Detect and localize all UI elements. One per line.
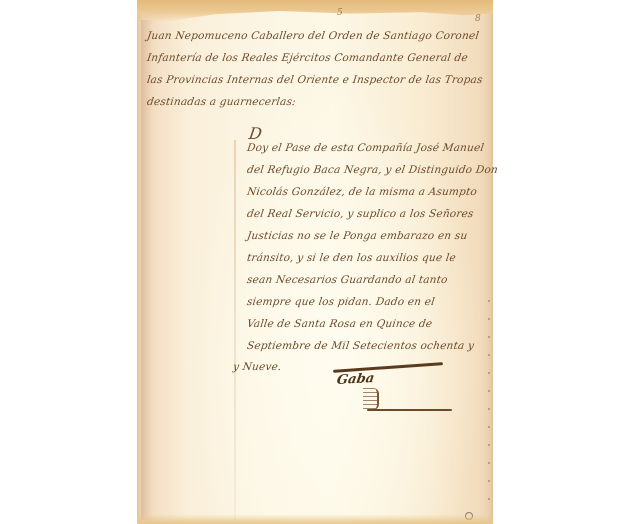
body-initial: D bbox=[248, 124, 263, 143]
header-line-2: Infantería de los Reales Ejércitos Coman… bbox=[146, 52, 468, 64]
body-line-5: Justicias no se le Ponga embarazo en su bbox=[246, 230, 468, 242]
body-line-8: siempre que los pidan. Dado en el bbox=[246, 296, 435, 308]
body-line-6: tránsito, y si le den los auxilios que l… bbox=[246, 252, 456, 264]
bottom-edge-stain bbox=[137, 514, 493, 524]
body-line-11: y Nueve. bbox=[232, 361, 282, 373]
signature: Gaba bbox=[336, 371, 376, 388]
body-line-7: sean Necesarios Guardando al tanto bbox=[246, 274, 448, 286]
body-line-2: del Refugio Baca Negra, y el Distinguido… bbox=[246, 164, 499, 176]
header-line-3: las Provincias Internas del Oriente e In… bbox=[146, 74, 483, 86]
folio-mark-corner: 8 bbox=[475, 14, 481, 24]
signature-stroke bbox=[333, 362, 443, 373]
header-line-4: destinadas a guarnecerlas: bbox=[146, 96, 297, 108]
signature-flourish bbox=[363, 388, 379, 410]
body-line-4: del Real Servicio, y suplico a los Señor… bbox=[246, 208, 474, 220]
manuscript-page: 5 8 Juan Nepomuceno Caballero del Orden … bbox=[137, 0, 493, 524]
folio-mark-top: 5 bbox=[337, 8, 343, 18]
signature-underline bbox=[367, 409, 452, 411]
header-line-1: Juan Nepomuceno Caballero del Orden de S… bbox=[146, 30, 480, 42]
body-line-9: Valle de Santa Rosa en Quince de bbox=[246, 318, 433, 330]
body-line-1: Doy el Pase de esta Compañía José Manuel bbox=[246, 142, 485, 154]
body-line-10: Septiembre de Mil Setecientos ochenta y bbox=[246, 340, 475, 352]
right-edge-marks bbox=[488, 300, 490, 510]
body-line-3: Nicolás González, de la misma a Asumpto bbox=[246, 186, 478, 198]
margin-fold-line bbox=[234, 140, 236, 524]
top-edge-stain bbox=[137, 0, 493, 22]
left-edge-shading bbox=[141, 20, 153, 520]
